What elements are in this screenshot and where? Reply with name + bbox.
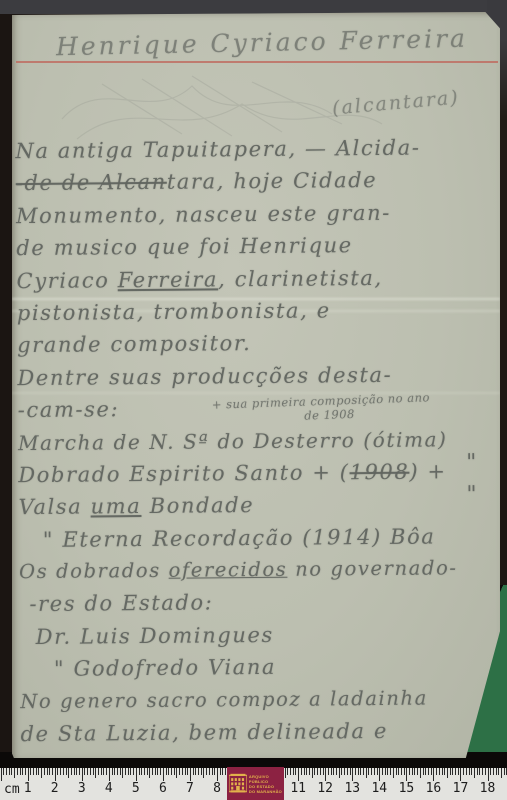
ruler-tick xyxy=(450,768,451,775)
manuscript-line: de musico que foi Henrique xyxy=(16,229,498,266)
manuscript-text: No genero sacro compoz a ladainha xyxy=(20,686,428,713)
ruler-tick xyxy=(82,768,83,781)
ruler-tick xyxy=(293,768,294,775)
ruler-tick xyxy=(466,768,467,775)
ruler-number: 4 xyxy=(105,781,113,796)
ruler-tick xyxy=(155,768,156,775)
ruler-tick xyxy=(225,768,226,775)
ruler-tick xyxy=(350,768,351,775)
ruler-tick xyxy=(328,768,329,775)
ruler-tick xyxy=(428,768,429,775)
manuscript-text: Dentre suas producções desta- xyxy=(17,363,392,390)
ruler-tick xyxy=(3,768,4,775)
ruler-tick xyxy=(471,768,472,775)
ruler-number: 13 xyxy=(344,781,360,796)
ruler-tick xyxy=(214,768,215,775)
ruler-tick xyxy=(420,768,421,778)
ruler-tick xyxy=(323,768,324,775)
ruler-tick xyxy=(84,768,85,775)
ruler-tick xyxy=(20,768,21,775)
ruler-tick xyxy=(106,768,107,775)
ruler-tick xyxy=(176,768,177,778)
ruler-tick xyxy=(290,768,291,775)
ruler-tick xyxy=(442,768,443,775)
manuscript-title: Henrique Cyriaco Ferreira xyxy=(56,24,468,62)
ruler-tick xyxy=(398,768,399,775)
ruler-number: 16 xyxy=(426,781,442,796)
ruler-tick xyxy=(436,768,437,775)
ruler-tick xyxy=(314,768,315,775)
ruler-tick xyxy=(187,768,188,775)
ruler-tick xyxy=(198,768,199,775)
ruler-tick xyxy=(93,768,94,775)
ruler-tick xyxy=(76,768,77,775)
ruler-tick xyxy=(447,768,448,778)
ruler-tick xyxy=(11,768,12,775)
manuscript-line: Valsa uma Bondade" xyxy=(18,488,500,525)
manuscript-line: Dobrado Espirito Santo + (1908) +" xyxy=(18,456,500,493)
manuscript-text: -de de Alcan xyxy=(16,170,167,195)
ruler-tick xyxy=(304,768,305,775)
ruler-tick xyxy=(133,768,134,775)
ruler-tick xyxy=(482,768,483,775)
archive-logo-text-line: DO MARANHÃO xyxy=(249,789,282,794)
ruler-unit-label: cm xyxy=(4,782,20,797)
manuscript-text: 1908 xyxy=(349,460,409,485)
ruler-tick xyxy=(298,768,299,781)
ruler-tick xyxy=(28,768,29,781)
ruler-number: 11 xyxy=(290,781,306,796)
ruler-tick xyxy=(320,768,321,775)
ruler-tick xyxy=(160,768,161,775)
ruler-tick xyxy=(496,768,497,775)
ruler-tick xyxy=(360,768,361,775)
ruler-tick xyxy=(38,768,39,775)
ruler-tick xyxy=(103,768,104,775)
ruler-tick xyxy=(368,768,369,775)
ruler-tick xyxy=(44,768,45,775)
ruler-tick xyxy=(485,768,486,775)
ruler-tick xyxy=(401,768,402,775)
ruler-tick xyxy=(417,768,418,775)
manuscript-line: -de de Alcantara, hoje Cidade xyxy=(16,164,498,201)
ruler-tick xyxy=(358,768,359,775)
manuscript-text: Monumento, nasceu este gran- xyxy=(16,201,391,228)
ruler-tick xyxy=(163,768,164,781)
ruler-tick xyxy=(455,768,456,775)
manuscript-text: " Godofredo Viana xyxy=(54,655,276,681)
ruler-tick xyxy=(493,768,494,775)
ruler-tick xyxy=(71,768,72,775)
ruler-tick xyxy=(36,768,37,775)
manuscript-text: Dr. Luis Domingues xyxy=(36,623,274,649)
manuscript-text: pistonista, trombonista, e xyxy=(17,298,331,325)
ruler-number: 17 xyxy=(453,781,469,796)
ruler-tick xyxy=(152,768,153,775)
ruler-number: 15 xyxy=(399,781,415,796)
ruler-tick xyxy=(212,768,213,775)
ruler-number: 3 xyxy=(78,781,86,796)
ruler-number: 6 xyxy=(159,781,167,796)
ruler-tick xyxy=(312,768,313,778)
ruler-tick xyxy=(128,768,129,775)
ruler-tick xyxy=(22,768,23,775)
ruler-tick xyxy=(463,768,464,775)
manuscript-line: Marcha de N. Sª do Desterro (ótima) xyxy=(18,423,500,460)
ruler-tick xyxy=(79,768,80,775)
ruler-tick xyxy=(382,768,383,775)
manuscript-text: Ferreira xyxy=(118,267,219,292)
manuscript-text: Bondade xyxy=(141,493,254,518)
ruler-tick xyxy=(203,768,204,778)
ruler-tick xyxy=(287,768,288,775)
ruler-tick xyxy=(344,768,345,775)
ruler-tick xyxy=(488,768,489,781)
ruler-tick xyxy=(414,768,415,775)
manuscript-text: tara, hoje Cidade xyxy=(167,168,378,194)
ruler-tick xyxy=(222,768,223,775)
manuscript-text: " Eterna Recordação (1914) Bôa xyxy=(43,524,436,551)
ruler-tick xyxy=(87,768,88,775)
ruler-tick xyxy=(377,768,378,775)
ruler-tick xyxy=(363,768,364,775)
ruler-tick xyxy=(477,768,478,775)
ruler-tick xyxy=(57,768,58,775)
ruler-tick xyxy=(390,768,391,775)
manuscript-line: Os dobrados oferecidos no governado- xyxy=(19,553,501,590)
ruler-tick xyxy=(117,768,118,775)
ruler-tick xyxy=(209,768,210,775)
ruler-tick xyxy=(112,768,113,775)
manuscript-line: pistonista, trombonista, e xyxy=(17,294,499,331)
ruler-tick xyxy=(95,768,96,778)
ruler-tick xyxy=(1,768,2,781)
manuscript-text: oferecidos xyxy=(169,558,288,582)
ruler-tick xyxy=(379,768,380,781)
ruler-tick xyxy=(474,768,475,778)
ruler-tick xyxy=(385,768,386,775)
ruler-tick xyxy=(295,768,296,775)
paper-sheet: Henrique Cyriaco Ferreira (alcantara) Na… xyxy=(12,12,500,758)
ruler-tick xyxy=(285,768,286,778)
ruler-tick xyxy=(355,768,356,775)
manuscript-line: Cyriaco Ferreira, clarinetista, xyxy=(16,261,498,298)
ditto-mark: " xyxy=(466,448,478,478)
ruler-tick xyxy=(179,768,180,775)
ruler-tick xyxy=(47,768,48,775)
ruled-red-line xyxy=(16,61,498,63)
ruler-tick xyxy=(41,768,42,778)
manuscript-text: Valsa xyxy=(18,495,90,520)
ruler-tick xyxy=(74,768,75,775)
manuscript-line: Monumento, nasceu este gran- xyxy=(16,197,498,234)
manuscript-line: grande compositor. xyxy=(17,326,499,363)
manuscript-text: no governado- xyxy=(287,556,457,580)
ruler-tick xyxy=(136,768,137,781)
ruler-tick xyxy=(460,768,461,781)
ruler-number: 7 xyxy=(186,781,194,796)
ruler-tick xyxy=(122,768,123,778)
ruler-tick xyxy=(25,768,26,775)
ditto-mark: " xyxy=(466,480,478,510)
ruler-tick xyxy=(352,768,353,781)
manuscript-body: Na antiga Tapuitapera, — Alcida--de de A… xyxy=(15,132,502,752)
ruler-tick xyxy=(195,768,196,775)
ruler-tick xyxy=(98,768,99,775)
ruler-tick xyxy=(171,768,172,775)
ruler-number: 2 xyxy=(51,781,59,796)
ruler-tick xyxy=(452,768,453,775)
ruler-tick xyxy=(374,768,375,775)
ruler-tick xyxy=(490,768,491,775)
manuscript-line: -res do Estado: xyxy=(19,585,501,622)
manuscript-line: Na antiga Tapuitapera, — Alcida- xyxy=(15,132,497,169)
ruler-tick xyxy=(444,768,445,775)
ruler-tick xyxy=(144,768,145,775)
manuscript-text: de musico que foi Henrique xyxy=(16,233,353,260)
ruler-tick xyxy=(396,768,397,775)
ruler-tick xyxy=(185,768,186,775)
ruler-tick xyxy=(60,768,61,775)
ruler-tick xyxy=(9,768,10,775)
ruler-tick xyxy=(147,768,148,775)
ruler-tick xyxy=(63,768,64,775)
ruler-tick xyxy=(109,768,110,781)
ruler-tick xyxy=(393,768,394,778)
ruler-tick xyxy=(336,768,337,775)
ruler-tick xyxy=(30,768,31,775)
ruler-tick xyxy=(433,768,434,781)
ruler-tick xyxy=(423,768,424,775)
ruler-tick xyxy=(139,768,140,775)
manuscript-text: Cyriaco xyxy=(16,268,117,293)
ruler-tick xyxy=(6,768,7,775)
ruler-number: 14 xyxy=(371,781,387,796)
ruler-tick xyxy=(125,768,126,775)
ruler-tick xyxy=(141,768,142,775)
ruler-tick xyxy=(101,768,102,775)
ruler-tick xyxy=(193,768,194,775)
ruler-tick xyxy=(412,768,413,775)
ruler-tick xyxy=(469,768,470,775)
manuscript-text: -res do Estado: xyxy=(29,591,213,617)
archive-building-icon xyxy=(229,770,247,797)
ruler-tick xyxy=(331,768,332,775)
ruler-tick xyxy=(190,768,191,781)
manuscript-line: No genero sacro compoz a ladainha xyxy=(20,683,502,720)
ruler-tick xyxy=(366,768,367,778)
ruler-tick xyxy=(206,768,207,775)
ruler-tick xyxy=(174,768,175,775)
document-scan: { "document": { "title": "Henrique Cyria… xyxy=(0,0,507,800)
manuscript-line: " Eterna Recordação (1914) Bôa xyxy=(19,521,501,558)
manuscript-line: de Sta Luzia, bem delineada e xyxy=(20,715,502,752)
ruler-tick xyxy=(431,768,432,775)
ruler-tick xyxy=(220,768,221,775)
ruler-tick xyxy=(157,768,158,775)
ruler-tick xyxy=(166,768,167,775)
ruler-tick xyxy=(498,768,499,775)
ruler-tick xyxy=(306,768,307,775)
ruler-tick xyxy=(33,768,34,775)
ruler-number: 8 xyxy=(213,781,221,796)
manuscript-text: Dobrado Espirito Santo + ( xyxy=(18,460,349,487)
ruler-number: 12 xyxy=(317,781,333,796)
ruler-tick xyxy=(406,768,407,781)
archive-logo-text: ARQUIVOPÚBLICODO ESTADODO MARANHÃO xyxy=(249,774,282,794)
manuscript-text: uma xyxy=(91,494,142,518)
ruler-tick xyxy=(217,768,218,781)
ruler-tick xyxy=(409,768,410,775)
ruler-tick xyxy=(317,768,318,775)
manuscript-line: Dr. Luis Domingues xyxy=(20,618,502,655)
ruler-tick xyxy=(339,768,340,778)
ruler-tick xyxy=(501,768,502,778)
ruler-number: 5 xyxy=(132,781,140,796)
ruler-tick xyxy=(168,768,169,775)
ruler-tick xyxy=(114,768,115,775)
ruler-tick xyxy=(371,768,372,775)
manuscript-text: ) + xyxy=(409,459,446,483)
manuscript-line: " Godofredo Viana xyxy=(20,650,502,687)
ruler-tick xyxy=(149,768,150,778)
ruler-tick xyxy=(120,768,121,775)
ruler-tick xyxy=(504,768,505,775)
ruler-tick xyxy=(333,768,334,775)
manuscript-text: grande compositor. xyxy=(17,331,251,357)
ruler-tick xyxy=(309,768,310,775)
ruler-tick xyxy=(66,768,67,775)
ruler-tick xyxy=(52,768,53,775)
ruler-tick xyxy=(404,768,405,775)
ruler-tick xyxy=(68,768,69,778)
ruler-tick xyxy=(90,768,91,775)
ruler-tick xyxy=(55,768,56,781)
ruler-number: 18 xyxy=(480,781,496,796)
manuscript-text: Marcha de N. Sª do Desterro (ótima) xyxy=(18,427,448,455)
scanner-top-band xyxy=(0,0,507,14)
ruler-tick xyxy=(341,768,342,775)
ruler-tick xyxy=(17,768,18,775)
ruler-tick xyxy=(14,768,15,778)
ruler-tick xyxy=(425,768,426,775)
ruler-number: 1 xyxy=(24,781,32,796)
archive-logo: ARQUIVOPÚBLICODO ESTADODO MARANHÃO xyxy=(227,767,284,800)
ruler-tick xyxy=(182,768,183,775)
ruler-tick xyxy=(387,768,388,775)
manuscript-text: de Sta Luzia, bem delineada e xyxy=(20,719,388,746)
manuscript-text: Os dobrados xyxy=(19,559,169,583)
ruler-tick xyxy=(439,768,440,775)
ruler-tick xyxy=(479,768,480,775)
ruler-tick xyxy=(130,768,131,775)
ruler-tick xyxy=(325,768,326,781)
ruler-tick xyxy=(347,768,348,775)
manuscript-text: -cam-se: xyxy=(18,397,120,422)
ruler-tick xyxy=(49,768,50,775)
ruler-tick xyxy=(301,768,302,775)
manuscript-text: , clarinetista, xyxy=(218,265,383,290)
ruler-tick xyxy=(201,768,202,775)
ruler-tick xyxy=(458,768,459,775)
manuscript-text: Na antiga Tapuitapera, — Alcida- xyxy=(15,136,420,164)
